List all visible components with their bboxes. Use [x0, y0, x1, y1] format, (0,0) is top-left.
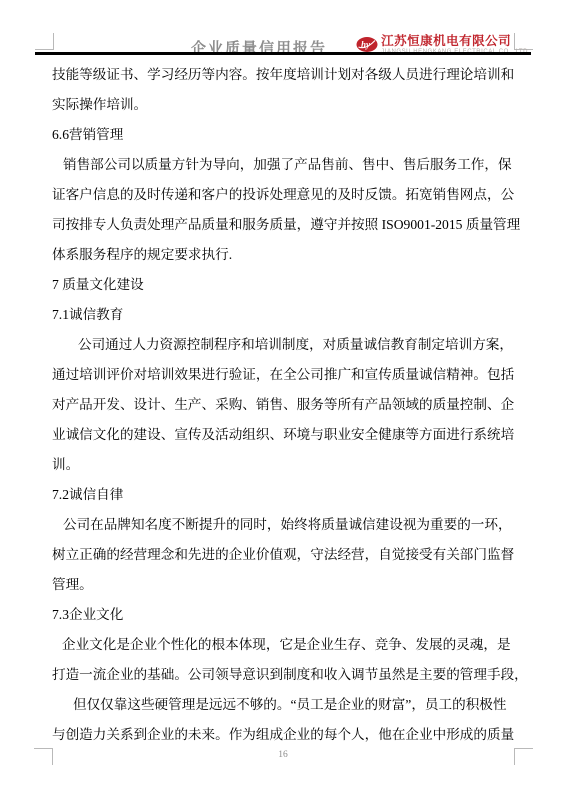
header-divider — [35, 52, 531, 55]
page-number: 16 — [278, 750, 288, 760]
company-name: 江苏恒康机电有限公司 — [381, 35, 528, 48]
section-heading: 7.2诚信自律 — [52, 480, 532, 510]
body-text-line: 公司通过人力资源控制程序和培训制度，对质量诚信教育制定培训方案， — [52, 330, 532, 360]
body-text-line: 通过培训评价对培训效果进行验证，在全公司推广和宣传质量诚信精神。包括 — [52, 360, 532, 390]
body-text-line: 司按排专人负责处理产品质量和服务质量，遵守并按照 ISO9001-2015 质量… — [52, 210, 532, 240]
svg-text:hy: hy — [361, 40, 371, 50]
document-body: 技能等级证书、学习经历等内容。按年度培训计划对各级人员进行理论培训和实际操作培训… — [52, 60, 532, 750]
body-text-line: 体系服务程序的规定要求执行. — [52, 240, 532, 270]
body-text-line: 公司在品牌知名度不断提升的同时，始终将质量诚信建设视为重要的一环， — [52, 510, 532, 540]
body-text-line: 训。 — [52, 450, 532, 480]
page-footer: 16 — [0, 744, 566, 762]
body-text-line: 树立正确的经营理念和先进的企业价值观，守法经营，自觉接受有关部门监督 — [52, 540, 532, 570]
body-text-line: 业诚信文化的建设、宣传及活动组织、环境与职业安全健康等方面进行系统培 — [52, 420, 532, 450]
body-text-line: 技能等级证书、学习经历等内容。按年度培训计划对各级人员进行理论培训和 — [52, 60, 532, 90]
body-text-line: 打造一流企业的基础。公司领导意识到制度和收入调节虽然是主要的管理手段， — [52, 660, 532, 690]
body-text-line: 企业文化是企业个性化的根本体现，它是企业生存、竞争、发展的灵魂，是 — [52, 630, 532, 660]
body-text-line: 销售部公司以质量方针为导向，加强了产品售前、售中、售后服务工作，保 — [52, 150, 532, 180]
body-text-line: 但仅仅靠这些硬管理是远远不够的。“员工是企业的财富”，员工的积极性 — [52, 690, 532, 720]
section-heading: 7.1诚信教育 — [52, 300, 532, 330]
section-heading: 7.3企业文化 — [52, 600, 532, 630]
body-text-line: 对产品开发、设计、生产、采购、销售、服务等所有产品领域的质量控制、企 — [52, 390, 532, 420]
body-text-line: 证客户信息的及时传递和客户的投诉处理意见的及时反馈。拓宽销售网点，公 — [52, 180, 532, 210]
body-text-line: 管理。 — [52, 570, 532, 600]
section-heading: 6.6营销管理 — [52, 120, 532, 150]
page-header: 企业质量信用报告 hy 江苏恒康机电有限公司 JIANGSU HENGKANG … — [35, 0, 531, 56]
body-text-line: 实际操作培训。 — [52, 90, 532, 120]
document-page: 企业质量信用报告 hy 江苏恒康机电有限公司 JIANGSU HENGKANG … — [0, 0, 566, 805]
section-heading: 7 质量文化建设 — [52, 270, 532, 300]
